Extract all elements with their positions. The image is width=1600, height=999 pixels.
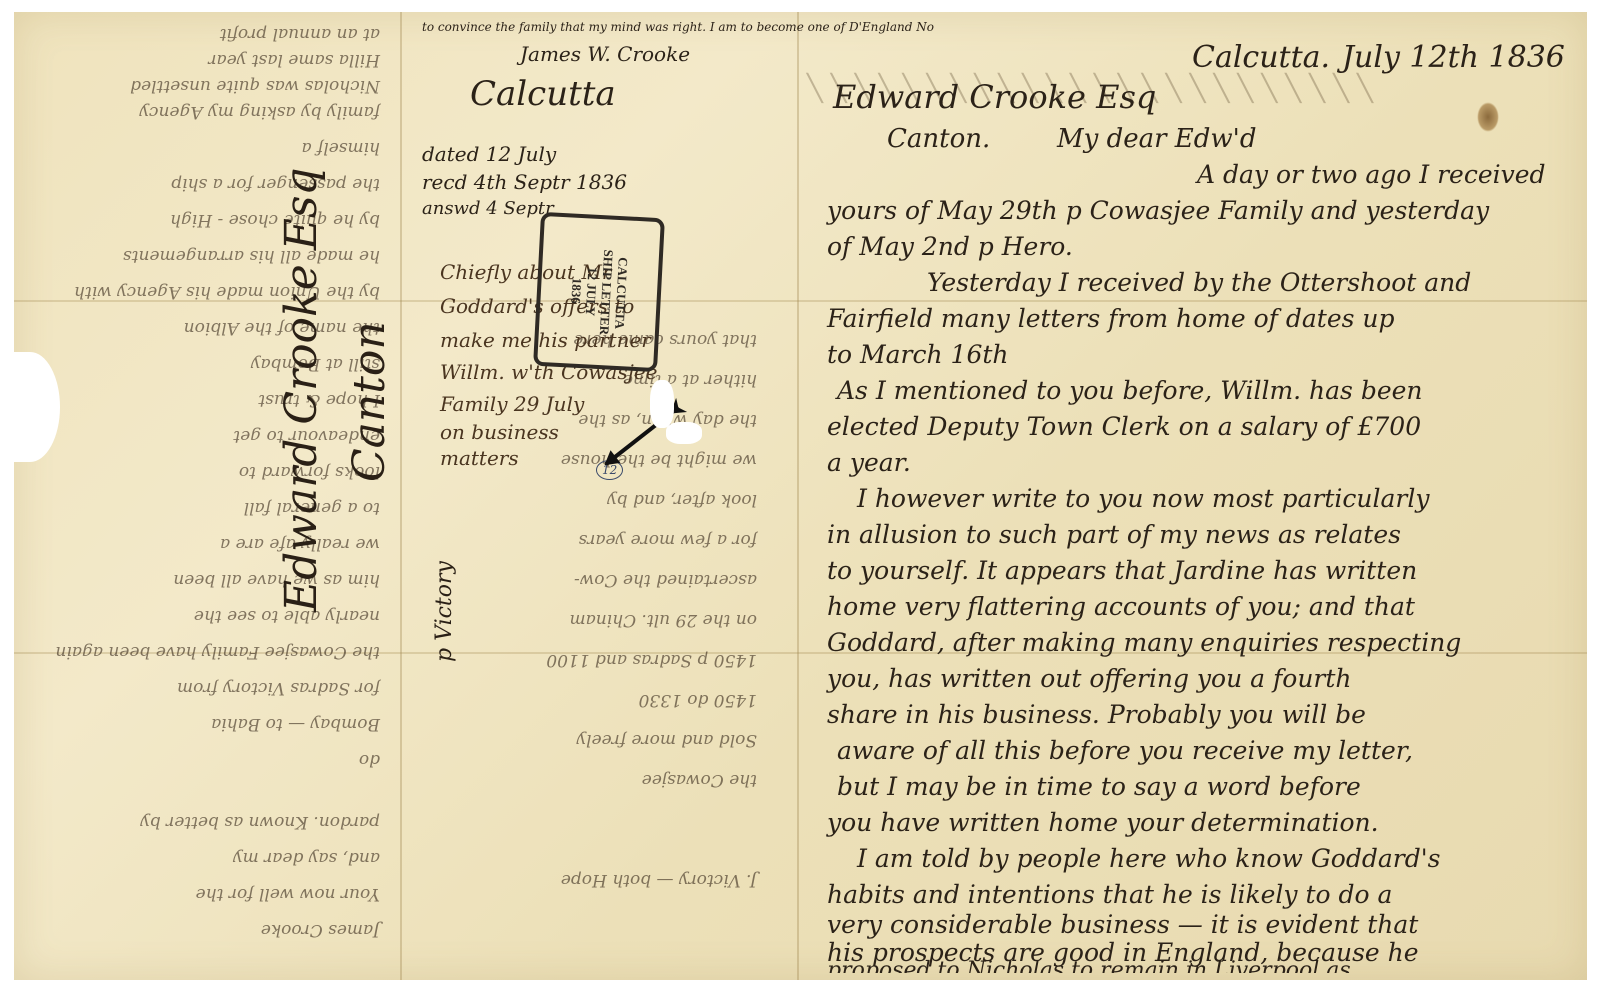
letter-line: a year.: [827, 448, 911, 477]
docket-note-line: Family 29 July: [440, 392, 584, 416]
letter-line: yours of May 29th p Cowasjee Family and …: [827, 196, 1489, 225]
ink-stain: [1477, 102, 1499, 132]
letter-line: habits and intentions that he is likely …: [827, 880, 1392, 909]
text-line: J. Victory — both Hope: [561, 870, 757, 890]
letter-sheet: James Crooke Your now well for the and, …: [14, 12, 1587, 980]
letter-line: to March 16th: [827, 340, 1009, 369]
docket-answered: answd 4 Septr: [422, 198, 554, 219]
letter-line: elected Deputy Town Clerk on a salary of…: [827, 412, 1421, 441]
letter-line: A day or two ago I received: [1197, 160, 1546, 189]
text-line: family by asking my Agency: [139, 102, 380, 122]
letter-line: proposed to Nicholas to remain in Liverp…: [827, 958, 1351, 983]
upside-down-text-block: James Crooke Your now well for the and, …: [14, 12, 400, 980]
docket-city: Calcutta: [470, 74, 616, 114]
text-line: the Cowasjee Family have been again: [55, 642, 380, 662]
text-line: by he quite chose - High: [170, 210, 380, 230]
letter-line: in allusion to such part of my news as r…: [827, 520, 1401, 549]
address-city: Canton: [344, 321, 395, 482]
text-line: for Sadras Victory from: [177, 678, 380, 698]
text-line: pardon. Known as better by: [140, 812, 380, 832]
paper-hole: [666, 422, 702, 444]
torn-edge-hole: [0, 352, 60, 462]
text-line: for a few more years: [579, 530, 758, 550]
text-line: do: [359, 750, 380, 770]
letter-line: Yesterday I received by the Ottershoot a…: [927, 268, 1471, 297]
letter-page: ╱ ╱ ╱ ╱ ╱ ╱ ╱ ╱ ╱ ╱ ╱ ╱ ╱ ╱ ╱ ╱ ╱ ╱ ╱ ╱ …: [797, 12, 1587, 980]
postmark-text: CALCUTTA SHIP LETTER 12 JULY 1836: [567, 248, 631, 337]
text-line: Your now well for the: [196, 884, 380, 904]
paper-hole: [650, 380, 674, 428]
letter-line: to yourself. It appears that Jardine has…: [827, 556, 1417, 585]
address-route: p Victory: [432, 561, 457, 662]
docket-dated: dated 12 July: [422, 142, 556, 166]
letter-line: you, has written out offering you a four…: [827, 664, 1352, 693]
text-line: Sold and more freely: [576, 730, 757, 750]
text-line: on the 29 ult. Chinam: [570, 610, 758, 630]
text-line: Nicholas was quite unsettled: [130, 76, 380, 96]
back-left-panel: James Crooke Your now well for the and, …: [14, 12, 400, 980]
address-city-block: Canton: [344, 321, 395, 482]
letter-line: you have written home your determination…: [827, 808, 1379, 837]
cover-panel: J. Victory — both Hope the Cowasjee Sold…: [400, 12, 797, 980]
letter-salutation: My dear Edw'd: [1057, 124, 1256, 154]
text-line: at an annual profit: [220, 24, 380, 44]
text-line: ascertained the Cow-: [574, 570, 757, 590]
letter-line: Goddard, after making many enquiries res…: [827, 628, 1461, 657]
text-line: the Cowasjee: [642, 770, 757, 790]
address-name: Edward Crooke Esq: [276, 167, 327, 612]
text-line: himself a: [301, 138, 380, 158]
docket-received: recd 4th Septr 1836: [422, 170, 627, 194]
text-line: Hilla same last year: [208, 50, 380, 70]
text-line: 1450 do 1330: [639, 690, 757, 710]
letter-addressee-city: Canton.: [887, 124, 990, 154]
text-line: look after, and by: [607, 490, 757, 510]
letter-line: home very flattering accounts of you; an…: [827, 592, 1415, 621]
letter-line: but I may be in time to say a word befor…: [837, 772, 1361, 801]
letter-addressee: Edward Crooke Esq: [833, 78, 1156, 116]
text-line: he made all his arrangements: [123, 246, 380, 266]
letter-line: of May 2nd p Hero.: [827, 232, 1073, 261]
text-line: Bombay — to Bahia: [211, 714, 380, 734]
address-route-block: p Victory: [432, 561, 457, 662]
letter-line: aware of all this before you receive my …: [837, 736, 1413, 765]
letter-place: Calcutta.: [1192, 40, 1330, 75]
text-line: by the Union made his Agency with: [74, 282, 380, 302]
letter-line: very considerable business — it is evide…: [827, 910, 1418, 939]
letter-line: I however write to you now most particul…: [857, 484, 1429, 513]
cover-signature: James W. Crooke: [520, 42, 690, 66]
letter-line: share in his business. Probably you will…: [827, 700, 1366, 729]
letter-date: July 12th 1836: [1342, 40, 1565, 75]
text-line: 1450 p Sadras and 1100: [546, 650, 757, 670]
docket-note-line: on business: [440, 420, 559, 444]
docket-note-line: matters: [440, 446, 519, 470]
address-name-block: Edward Crooke Esq: [276, 167, 327, 612]
letter-line: I am told by people here who know Goddar…: [857, 844, 1440, 873]
text-line: we might be the house: [561, 450, 757, 470]
text-line: James Crooke: [261, 920, 380, 940]
letter-line: As I mentioned to you before, Willm. has…: [837, 376, 1423, 405]
text-line: and, say dear my: [233, 848, 380, 868]
letter-line: Fairfield many letters from home of date…: [827, 304, 1395, 333]
postmark-stamp: CALCUTTA SHIP LETTER 12 JULY 1836: [533, 212, 665, 372]
